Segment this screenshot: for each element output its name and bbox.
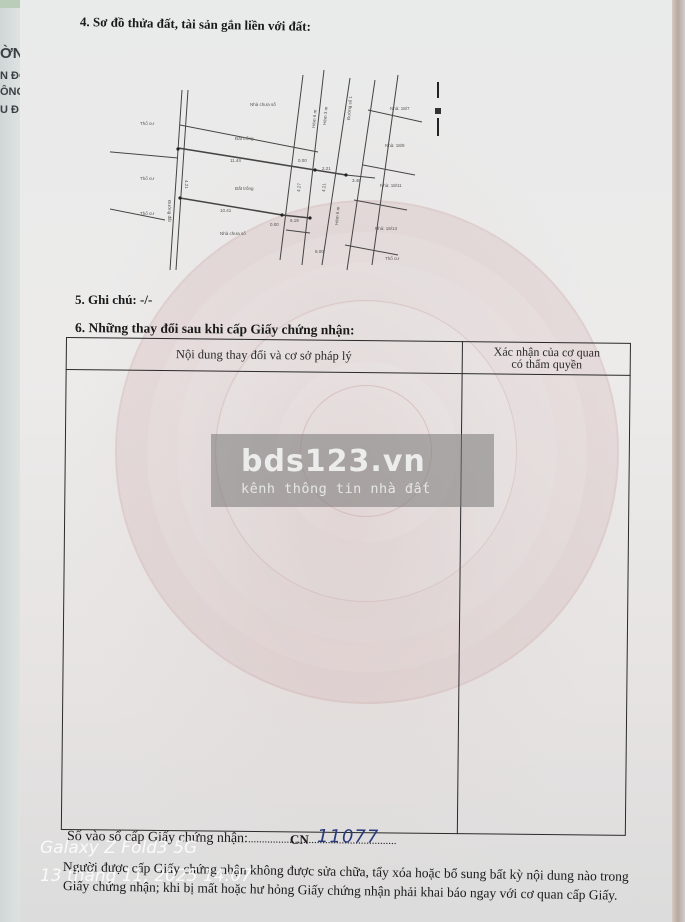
registry-prefix: CN [290, 832, 309, 848]
background-fragment: U Đ [0, 104, 19, 116]
land-plot-diagram: Nhà chưa số Đất trống Đất trống Nhà chưa… [110, 70, 470, 280]
label-road-alley: Hẻm 6 m [311, 109, 318, 128]
bds123-watermark: bds123.vn kênh thông tin nhà đất [211, 434, 494, 507]
label-road-alley2: Hẻm 3 m [322, 106, 329, 125]
table-border [61, 337, 631, 836]
dim-mid-side: 4.27 [296, 182, 302, 192]
dim-short-bottom: 6.19 [290, 218, 299, 223]
label-house: Nhà: 18/9 [385, 143, 405, 148]
dim-short-right: 3.48 [352, 178, 361, 183]
dim-short-top: 2.21 [322, 166, 331, 171]
label-neighbor-top: Nhà chưa số [250, 102, 276, 107]
label-road-alley-lower: Hẻm 6 m [334, 206, 341, 225]
changes-table: Nội dung thay đổi và cơ sở pháp lý Xác n… [61, 337, 631, 836]
dim-left-side: 4.21 [184, 180, 189, 189]
watermark-tagline: kênh thông tin nhà đất [241, 481, 431, 497]
camera-datetime-stamp: 13 tháng 11, 2025 14:07 [40, 866, 252, 886]
dim-bottom-edge: 10.41 [220, 208, 232, 213]
dim-corner-top: 0.00 [298, 158, 307, 163]
label-tho-cu: Thổ cư [140, 175, 154, 181]
dim-bottom-road: 8.00 [315, 249, 324, 254]
label-neighbor-bottom: Nhà chưa số [220, 231, 246, 236]
section-5-note: 5. Ghi chú: -/- [75, 292, 152, 308]
label-plot-lower: Đất trống [235, 186, 254, 191]
label-tho-cu: Thổ cư [140, 120, 154, 126]
section-6-title: 6. Những thay đổi sau khi cấp Giấy chứng… [75, 320, 355, 338]
label-tho-cu: Thổ cư [140, 210, 154, 216]
label-road-main: Đường số 1 [346, 95, 353, 120]
table-header-authority-line2: có thẩm quyền [463, 357, 631, 371]
label-tho-cu: Thổ cư [385, 255, 399, 261]
watermark-brand: bds123.vn [241, 444, 426, 479]
table-header-authority: Xác nhận của cơ quan có thẩm quyền [463, 345, 631, 371]
label-road-left: Đường đất [167, 200, 172, 222]
registry-number-handwritten: 11077 [317, 826, 380, 848]
dim-right-side: 4.21 [321, 182, 327, 192]
label-plot-upper: Đất trống [235, 136, 254, 141]
background-right-edge [671, 0, 685, 922]
camera-device-stamp: Galaxy Z Fold3 5G [40, 838, 197, 858]
north-arrow-icon [435, 82, 441, 136]
label-house: Nhà: 18/7 [390, 106, 410, 111]
label-house: Nhà: 18/11 [380, 183, 402, 188]
dim-corner-bottom: 0.00 [270, 222, 279, 227]
label-house: Nhà: 18/13 [375, 226, 398, 231]
dim-top-edge: 11.44 [230, 158, 241, 163]
